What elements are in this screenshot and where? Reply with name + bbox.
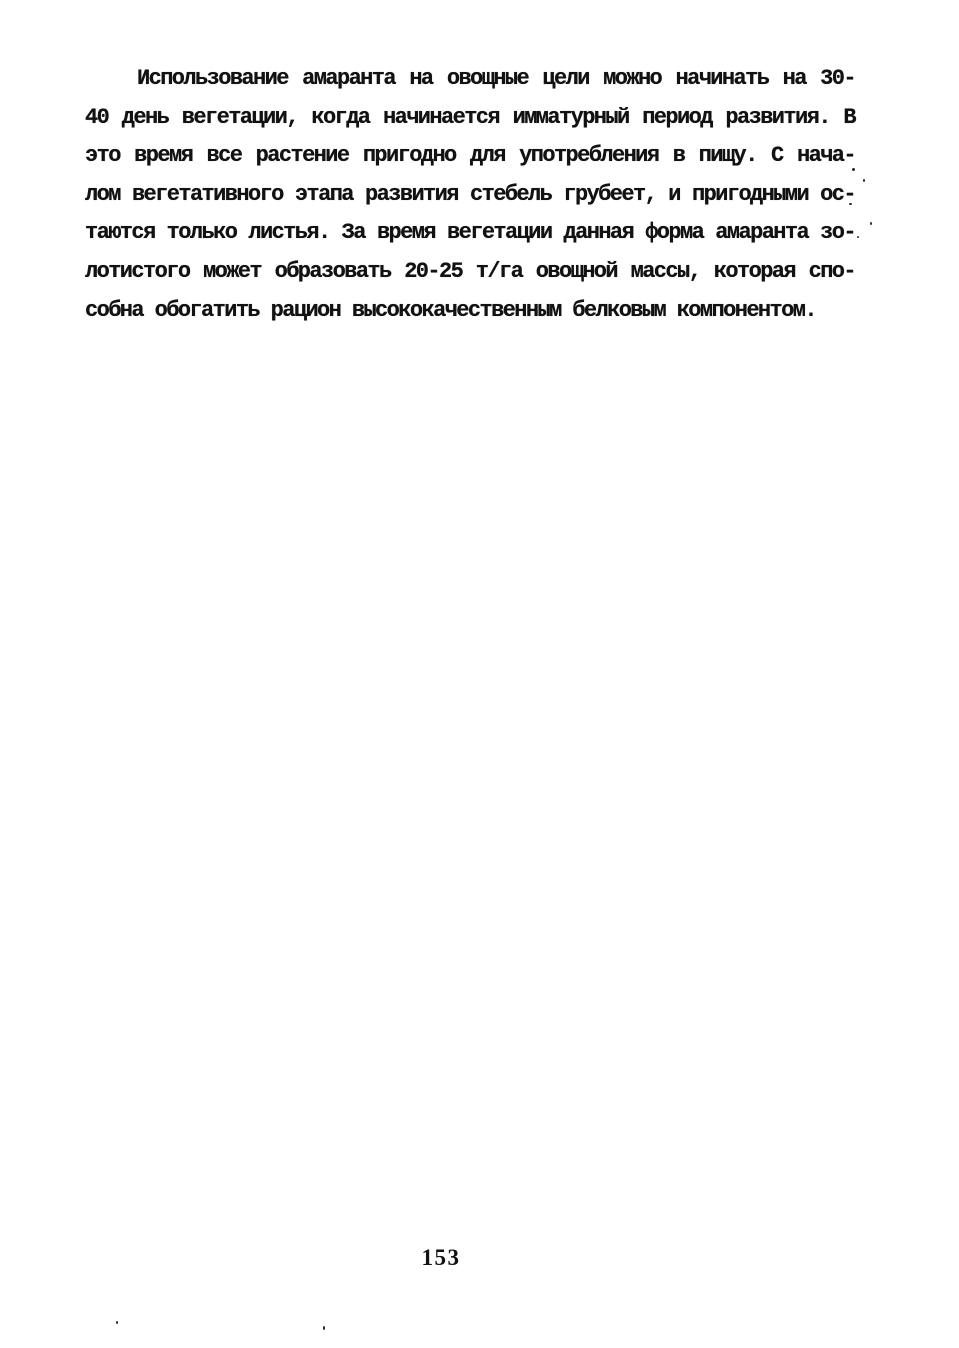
scan-speckle <box>849 203 852 205</box>
scan-speckle <box>323 1326 325 1330</box>
scan-speckle <box>116 1321 118 1324</box>
document-page: Использование амаранта на овощные цели м… <box>0 0 959 1348</box>
body-text: Использование амаранта на овощные цели м… <box>85 60 855 330</box>
scan-speckle <box>852 168 855 171</box>
scan-speckle <box>870 222 872 225</box>
scan-speckle <box>863 179 865 182</box>
paragraph-line: 40 день вегетации, когда начинается имма… <box>85 99 855 138</box>
paragraph-line: лотистого может образовать 20-25 т/га ов… <box>85 253 855 292</box>
scan-speckle <box>857 236 859 238</box>
paragraph-line: лом вегетативного этапа развития стебель… <box>85 176 855 215</box>
paragraph-line: это время все растение пригодно для упот… <box>85 137 855 176</box>
paragraph-line: Использование амаранта на овощные цели м… <box>85 60 855 99</box>
paragraph-line: таются только листья. За время вегетации… <box>85 214 855 253</box>
paragraph-line: собна обогатить рацион высококачественны… <box>85 292 855 331</box>
page-number: 153 <box>421 1245 461 1271</box>
